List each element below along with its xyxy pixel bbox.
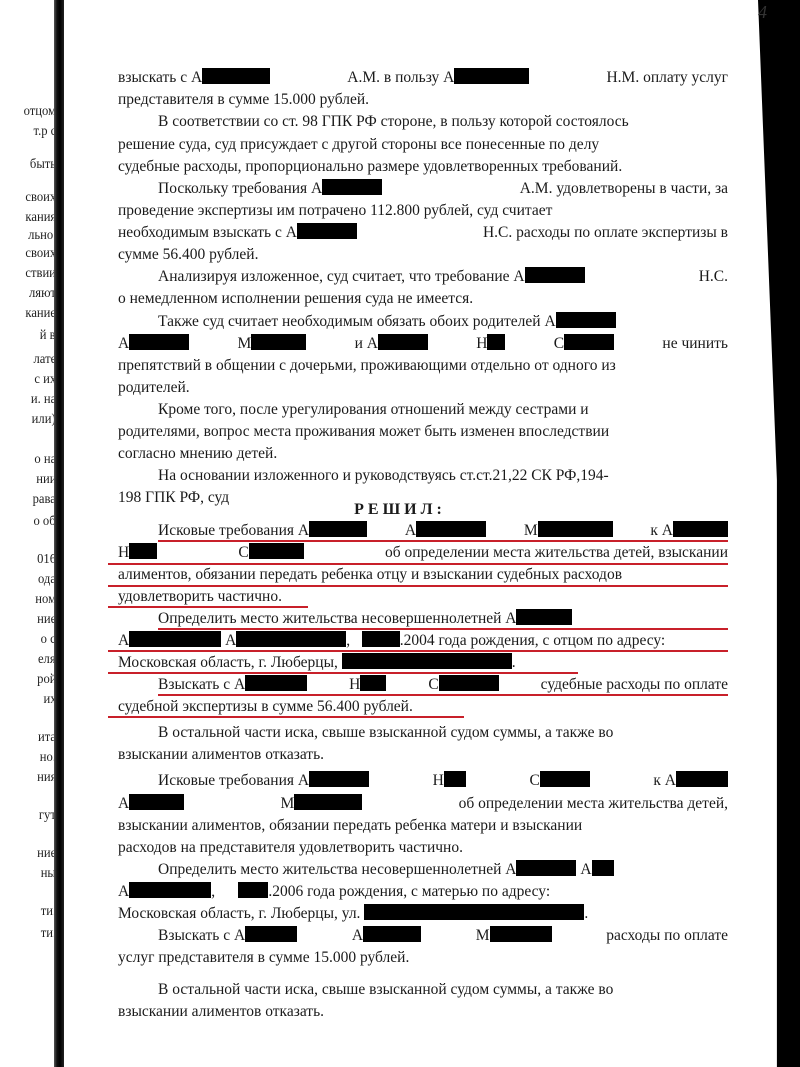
margin-text-fragment: своих: [25, 190, 56, 206]
text-line: Исковые требования А Н С к А: [158, 770, 728, 792]
redaction: [129, 334, 189, 350]
redaction: [249, 543, 304, 559]
redaction: [363, 926, 421, 942]
text-line: А М и А Н С не чинить: [118, 333, 728, 355]
margin-text-fragment: быть: [30, 157, 56, 173]
text-line: проведение экспертизы им потрачено 112.8…: [118, 200, 728, 222]
text-line: В остальной части иска, свыше взысканной…: [158, 979, 728, 1001]
text-line: о немедленном исполнении решения суда не…: [118, 288, 728, 310]
redaction: [516, 860, 576, 876]
redaction: [251, 334, 306, 350]
margin-text-fragment: лате: [33, 352, 56, 368]
redaction: [129, 543, 157, 559]
text-line: взыскании алиментов, обязании передать р…: [118, 815, 728, 837]
redaction: [129, 631, 221, 647]
redaction: [540, 771, 590, 787]
text-line: услуг представителя в сумме 15.000 рубле…: [118, 947, 728, 969]
margin-text-fragment: ном: [35, 592, 56, 608]
text-line: родителей.: [118, 377, 728, 399]
text-line: решение суда, суд присуждает с другой ст…: [118, 134, 728, 156]
text-line: Взыскать с А Н С судебные расходы по опл…: [158, 674, 728, 696]
redaction: [556, 312, 616, 328]
text-line: необходимым взыскать с А Н.С. расходы по…: [118, 222, 728, 244]
margin-text-fragment: т.р с: [33, 124, 56, 140]
redaction: [416, 521, 486, 537]
redaction: [538, 521, 613, 537]
text-line: взыскании алиментов отказать.: [118, 1001, 728, 1023]
text-line: В соответствии со ст. 98 ГПК РФ стороне,…: [158, 111, 728, 133]
redaction: [238, 882, 268, 898]
text-line: В остальной части иска, свыше взысканной…: [158, 722, 728, 744]
text-line: А М об определении места жительства дете…: [118, 793, 728, 815]
redaction: [444, 771, 466, 787]
margin-text-fragment: о на: [34, 452, 56, 468]
margin-text-fragment: нии: [36, 472, 56, 488]
text-line: Взыскать с А А М расходы по оплате: [158, 925, 728, 947]
page-number: 4: [758, 2, 767, 23]
redaction: [309, 771, 369, 787]
margin-text-fragment: или): [32, 412, 56, 428]
text-line: родителями, вопрос места проживания може…: [118, 421, 728, 443]
redaction: [487, 334, 505, 350]
text-line: расходов на представителя удовлетворить …: [118, 837, 728, 859]
previous-page-margin: отцомт.р сбытьсвоихканияльно.своихствиил…: [0, 0, 60, 1067]
redaction: [516, 609, 572, 625]
margin-text-fragment: кания: [25, 210, 56, 226]
redaction: [592, 860, 614, 876]
text-line: Также суд считает необходимым обязать об…: [158, 311, 728, 333]
text-line: удовлетворить частично.: [118, 586, 728, 608]
margin-text-fragment: своих: [25, 246, 56, 262]
margin-text-fragment: и. на: [31, 392, 56, 408]
redaction: [673, 521, 728, 537]
redaction: [360, 675, 386, 691]
text-line: Определить место жительства несовершенно…: [158, 608, 728, 630]
redaction: [322, 179, 382, 195]
redaction: [202, 68, 270, 84]
redaction: [378, 334, 428, 350]
margin-text-fragment: с их: [34, 372, 56, 388]
text-line: Анализируя изложенное, суд считает, что …: [158, 266, 728, 288]
redaction: [362, 631, 400, 647]
text-line: алиментов, обязании передать ребенка отц…: [118, 564, 728, 586]
highlight-underline: [108, 716, 464, 718]
text-line: препятствий в общении с дочерьми, прожив…: [118, 355, 728, 377]
redaction: [454, 68, 529, 84]
text-line: Исковые требования А А М к А: [158, 520, 728, 542]
text-line: сумме 56.400 рублей.: [118, 244, 728, 266]
scan-border: [758, 0, 800, 1067]
text-line: взыскании алиментов отказать.: [118, 744, 728, 766]
decision-heading: РЕШИЛ:: [0, 501, 800, 519]
redaction: [245, 675, 307, 691]
margin-text-fragment: ляют: [29, 286, 56, 302]
margin-text-fragment: кание: [25, 306, 56, 322]
redaction: [676, 771, 728, 787]
redaction: [525, 267, 585, 283]
redaction: [364, 904, 584, 920]
text-line: Кроме того, после урегулирования отношен…: [158, 399, 728, 421]
text-line: А, .2006 года рождения, с матерью по адр…: [118, 881, 728, 903]
text-line: судебной экспертизы в сумме 56.400 рубле…: [118, 696, 728, 718]
text-line: На основании изложенного и руководствуяс…: [158, 465, 728, 487]
redaction: [490, 926, 552, 942]
text-line: А А, .2004 года рождения, с отцом по адр…: [118, 630, 728, 652]
redaction: [564, 334, 614, 350]
text-line: взыскать с А А.М. в пользу А Н.М. оплату…: [118, 67, 728, 89]
text-line: Определить место жительства несовершенно…: [158, 859, 728, 881]
margin-text-fragment: льно.: [28, 228, 56, 244]
text-line: согласно мнению детей.: [118, 443, 728, 465]
margin-text-fragment: ствии: [25, 266, 56, 282]
text-line: Н С об определении места жительства дете…: [118, 542, 728, 564]
redaction: [129, 882, 211, 898]
redaction: [439, 675, 499, 691]
text-line: Московская область, г. Люберцы, ул. .: [118, 903, 728, 925]
margin-text-fragment: отцом: [24, 104, 56, 120]
page-edge-shadow: [54, 0, 64, 1067]
redaction: [309, 521, 367, 537]
redaction: [129, 794, 184, 810]
redaction: [297, 223, 357, 239]
text-line: Московская область, г. Люберцы, .: [118, 652, 728, 674]
redaction: [294, 794, 362, 810]
redaction: [236, 631, 346, 647]
redaction: [245, 926, 297, 942]
text-line: судебные расходы, пропорционально размер…: [118, 156, 728, 178]
redaction: [342, 653, 512, 669]
text-line: представителя в сумме 15.000 рублей.: [118, 89, 728, 111]
text-line: Поскольку требования А А.М. удовлетворен…: [158, 178, 728, 200]
